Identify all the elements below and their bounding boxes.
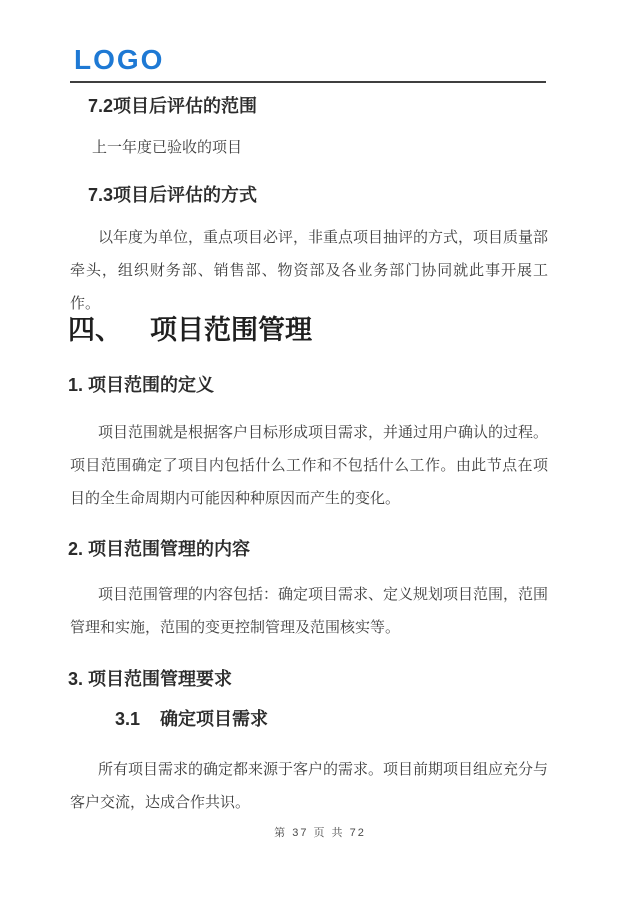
paragraph-7-2: 上一年度已验收的项目	[92, 136, 242, 157]
heading-section-3: 3. 项目范围管理要求	[68, 665, 232, 691]
paragraph-7-3: 以年度为单位，重点项目必评，非重点项目抽评的方式，项目质量部牵头，组织财务部、销…	[70, 221, 548, 320]
heading-section-3-1: 3.1确定项目需求	[115, 705, 268, 731]
section-3-1-title: 确定项目需求	[160, 709, 268, 729]
section-3-1-number: 3.1	[115, 709, 140, 729]
header-divider	[70, 81, 546, 83]
paragraph-section-2: 项目范围管理的内容包括：确定项目需求、定义规划项目范围，范围管理和实施，范围的变…	[70, 578, 548, 644]
paragraph-section-1: 项目范围就是根据客户目标形成项目需求，并通过用户确认的过程。项目范围确定了项目内…	[70, 416, 548, 515]
heading-7-2: 7.2项目后评估的范围	[88, 92, 257, 118]
heading-7-3: 7.3项目后评估的方式	[88, 181, 257, 207]
company-logo: LOGO	[74, 44, 164, 76]
chapter-title: 项目范围管理	[150, 315, 312, 345]
document-page: LOGO 7.2项目后评估的范围 上一年度已验收的项目 7.3项目后评估的方式 …	[0, 0, 640, 906]
chapter-number: 四、	[68, 315, 122, 345]
heading-section-1: 1. 项目范围的定义	[68, 371, 214, 397]
heading-section-2: 2. 项目范围管理的内容	[68, 535, 250, 561]
page-number-footer: 第 37 页 共 72	[0, 824, 640, 840]
paragraph-section-3-1: 所有项目需求的确定都来源于客户的需求。项目前期项目组应充分与客户交流，达成合作共…	[70, 753, 548, 819]
chapter-heading: 四、项目范围管理	[68, 308, 312, 347]
